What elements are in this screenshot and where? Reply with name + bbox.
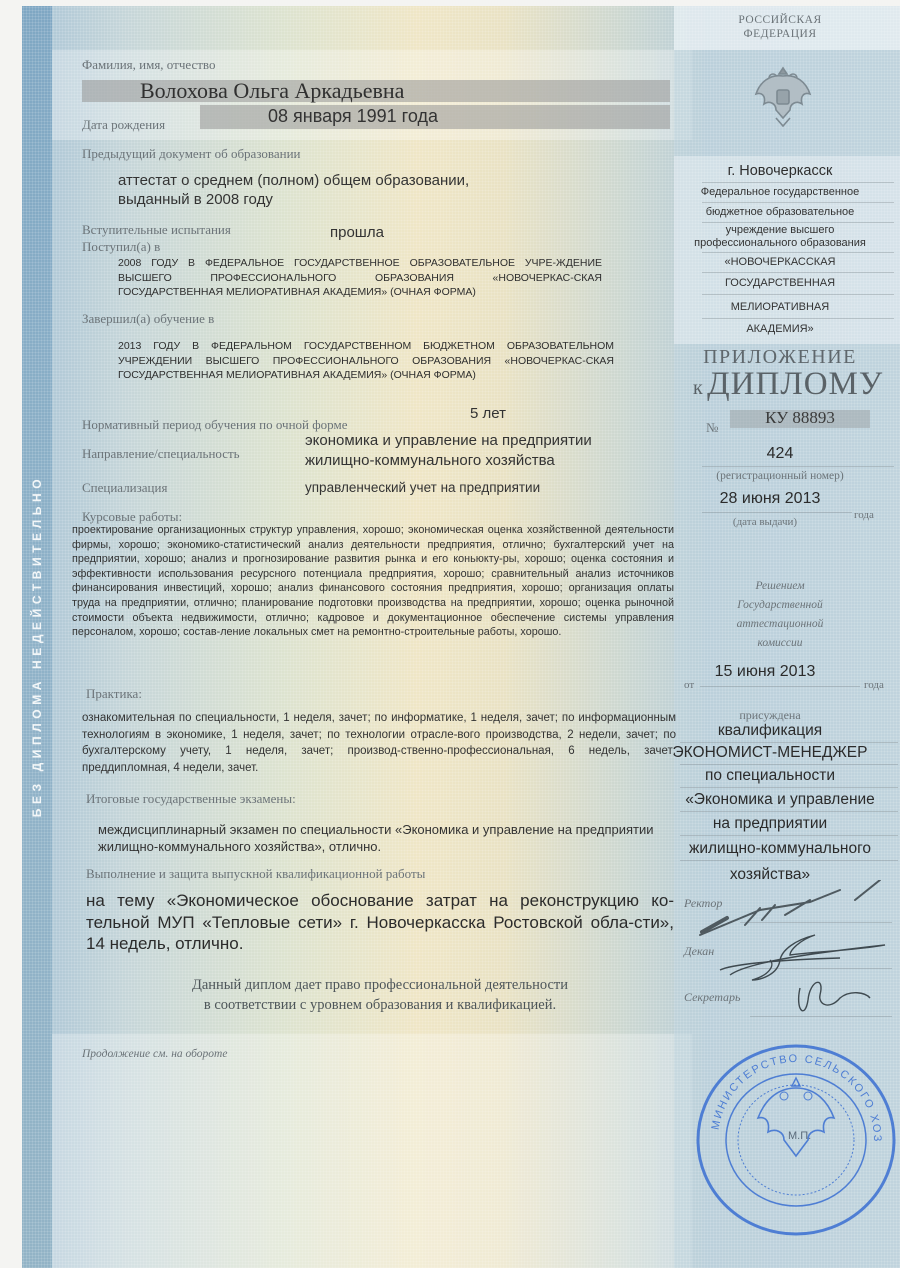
entrance-label: Вступительные испытания [82, 222, 231, 238]
commission-line-1: Решением [660, 580, 900, 592]
qualification-line-6: жилищно-коммунального [660, 840, 900, 858]
rule [680, 835, 898, 836]
rule [702, 512, 852, 513]
rule [680, 811, 898, 812]
qualification-line-3: по специальности [650, 767, 890, 785]
org-band [674, 156, 900, 344]
specialty-line2: жилищно-коммунального хозяйства [305, 452, 555, 469]
exams-value: междисциплинарный экзамен по специальнос… [98, 821, 658, 855]
side-strip: БЕЗ ДИПЛОМА НЕДЕЙСТВИТЕЛЬНО [22, 6, 52, 1268]
qualification-line-4: «Экономика и управление [660, 791, 900, 809]
reg-number: 424 [660, 445, 900, 463]
country-line1: РОССИЙСКАЯ [660, 14, 900, 26]
title-line2: ДИПЛОМУ [707, 366, 883, 402]
org-line-6: ГОСУДАРСТВЕННАЯ [660, 277, 900, 289]
prev-doc-line1: аттестат о среднем (полном) общем образо… [118, 172, 469, 189]
awarded-label: присуждена [650, 708, 890, 723]
thesis-value: на тему «Экономическое обоснование затра… [86, 890, 674, 955]
commission-line-3: аттестационной [660, 618, 900, 630]
coursework-value: проектирование организационных структур … [72, 523, 674, 640]
enrolled-label: Поступил(а) в [82, 239, 160, 255]
org-line-2: бюджетное образовательное [660, 206, 900, 218]
enrolled-value: 2008 ГОДУ В ФЕДЕРАЛЬНОЕ ГОСУДАРСТВЕННОЕ … [118, 256, 602, 300]
prev-doc-label: Предыдущий документ об образовании [82, 146, 301, 162]
title-line2-wrap: к ДИПЛОМУ [693, 366, 883, 403]
commission-date: 15 июня 2013 [645, 663, 885, 681]
diploma-number: КУ 88893 [700, 408, 900, 428]
coat-of-arms-icon [750, 60, 816, 132]
birth-date: 08 января 1991 года [268, 106, 438, 127]
period-value: 5 лет [470, 405, 506, 422]
exams-label: Итоговые государственные экзамены: [86, 791, 296, 807]
qualification-line-5: на предприятии [650, 815, 890, 833]
full-name-label: Фамилия, имя, отчество [82, 57, 215, 73]
statement-line2: в соответствии с уровнем образования и к… [60, 995, 700, 1015]
org-line-4: профессионального образования [660, 237, 900, 249]
org-line-5: «НОВОЧЕРКАССКАЯ [660, 256, 900, 268]
city: г. Новочеркасск [660, 163, 900, 179]
seal-center-text: М.П. [788, 1130, 811, 1142]
rule [702, 318, 894, 319]
rule [700, 686, 860, 687]
side-strip-text: БЕЗ ДИПЛОМА НЕДЕЙСТВИТЕЛЬНО [30, 475, 44, 817]
full-name: Волохова Ольга Аркадьевна [140, 78, 404, 104]
rule [702, 202, 894, 203]
practice-value: ознакомительная по специальности, 1 неде… [82, 710, 676, 776]
svg-text:МИНИСТЕРСТВО СЕЛЬСКОГО ХОЗЯЙСТ: МИНИСТЕРСТВО СЕЛЬСКОГО ХОЗЯЙСТВА РОССИЙС… [688, 1040, 883, 1143]
org-line-8: АКАДЕМИЯ» [660, 323, 900, 335]
footer-band [52, 1034, 692, 1268]
specialization-label: Специализация [82, 480, 167, 496]
issue-date: 28 июня 2013 [650, 490, 890, 508]
commission-line-4: комиссии [660, 637, 900, 649]
rule [680, 742, 898, 743]
reg-number-label: (регистрационный номер) [660, 470, 900, 482]
org-line-3: учреждение высшего [660, 224, 900, 236]
prev-doc-line2: выданный в 2008 году [118, 191, 273, 208]
rule [702, 182, 894, 183]
continuation-note: Продолжение см. на обороте [82, 1048, 227, 1060]
signatures-icon [690, 880, 900, 1030]
rule [702, 466, 894, 467]
period-label: Нормативный период обучения по очной фор… [82, 417, 347, 433]
specialty-line1: экономика и управление на предприятии [305, 432, 592, 449]
specialization-value: управленческий учет на предприятии [305, 480, 540, 495]
specialty-label: Направление/специальность [82, 446, 240, 462]
thesis-label: Выполнение и защита выпускной квалификац… [86, 866, 425, 882]
entrance-value: прошла [330, 224, 384, 241]
practice-label: Практика: [86, 686, 142, 702]
completed-value: 2013 ГОДУ В ФЕДЕРАЛЬНОМ ГОСУДАРСТВЕННОМ … [118, 339, 614, 383]
commission-year-suffix: года [864, 679, 884, 691]
rule [702, 252, 894, 253]
country-line2: ФЕДЕРАЦИЯ [660, 28, 900, 40]
rule [680, 860, 898, 861]
rule [680, 764, 898, 765]
rule [680, 787, 898, 788]
qualification-line-1: квалификация [650, 722, 890, 740]
completed-label: Завершил(а) обучение в [82, 311, 214, 327]
qualification-line-2: ЭКОНОМИСТ-МЕНЕДЖЕР [650, 744, 890, 762]
commission-line-2: Государственной [660, 599, 900, 611]
rule [702, 272, 894, 273]
birth-date-label: Дата рождения [82, 117, 165, 133]
org-line-7: МЕЛИОРАТИВНАЯ [660, 301, 900, 313]
title-prefix: к [693, 377, 703, 399]
rule [702, 294, 894, 295]
rule [702, 222, 894, 223]
issue-date-label: (дата выдачи) [645, 516, 885, 528]
statement-line1: Данный диплом дает право профессионально… [60, 975, 700, 995]
org-line-1: Федеральное государственное [660, 186, 900, 198]
